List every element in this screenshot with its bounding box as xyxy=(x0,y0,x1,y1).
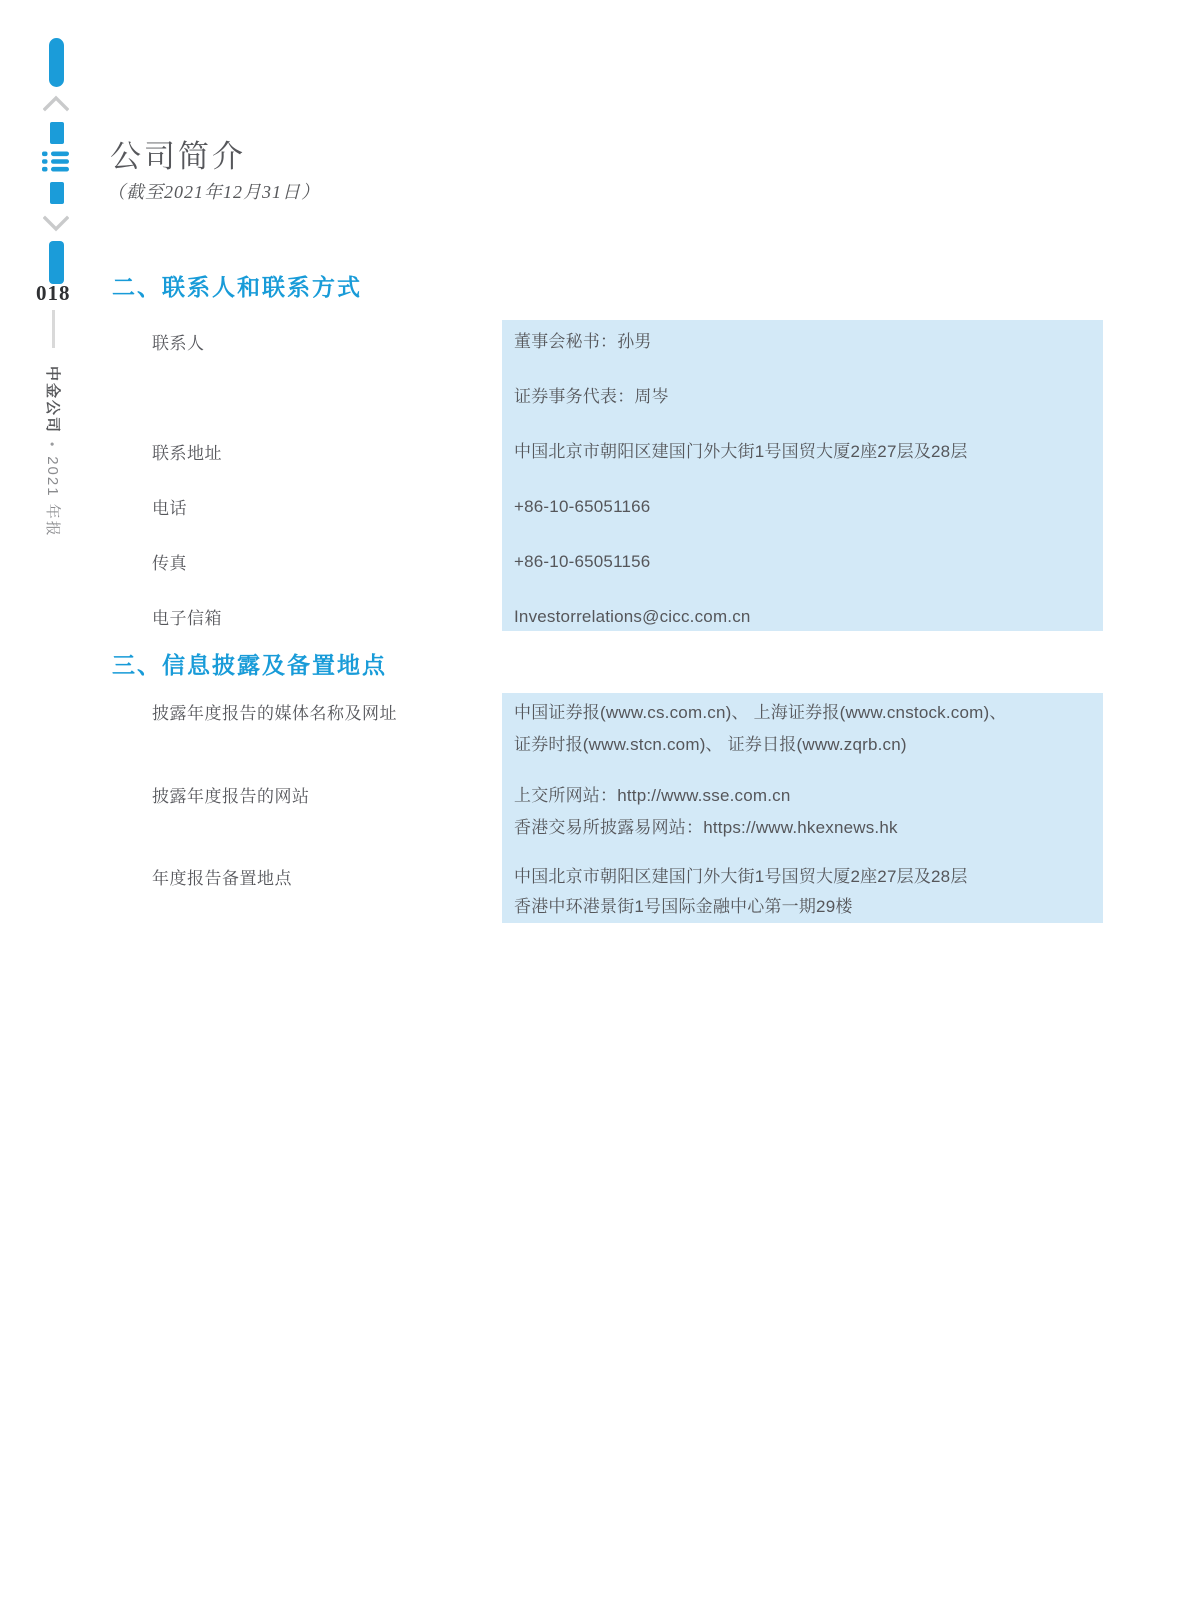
value-contact-address: 中国北京市朝阳区建国门外大街1号国贸大厦2座27层及28层 xyxy=(514,441,968,463)
value-securities-representative: 证券事务代表：周岑 xyxy=(514,386,669,408)
page-number: 018 xyxy=(36,281,71,306)
rail-top-bar xyxy=(49,38,64,87)
label-report-location: 年度报告备置地点 xyxy=(152,868,292,890)
value-fax: +86-10-65051156 xyxy=(514,551,650,573)
rail-bottom-bar xyxy=(49,241,64,284)
value-email: Investorrelations@cicc.com.cn xyxy=(514,606,751,628)
value-location-line-2: 香港中环港景街1号国际金融中心第一期29楼 xyxy=(514,896,853,918)
value-sse-website: 上交所网站：http://www.sse.com.cn xyxy=(514,785,791,807)
list-icon xyxy=(42,148,69,175)
section-heading-contacts: 二、联系人和联系方式 xyxy=(112,275,362,300)
label-contact-person: 联系人 xyxy=(152,333,205,355)
label-fax: 传真 xyxy=(152,553,187,575)
value-hkex-website: 香港交易所披露易网站：https://www.hkexnews.hk xyxy=(514,817,898,839)
label-email: 电子信箱 xyxy=(152,608,222,630)
value-media-line-1: 中国证券报(www.cs.com.cn)、 上海证券报(www.cnstock.… xyxy=(514,702,1007,724)
page-subtitle: （截至2021年12月31日） xyxy=(107,181,320,204)
label-disclosure-website: 披露年度报告的网站 xyxy=(152,786,310,808)
sidebar-vertical-text: 中金公司•2021 年报 xyxy=(43,366,64,538)
value-media-line-2: 证券时报(www.stcn.com)、 证券日报(www.zqrb.cn) xyxy=(514,734,907,756)
contacts-panel: 董事会秘书：孙男 证券事务代表：周岑 中国北京市朝阳区建国门外大街1号国贸大厦2… xyxy=(502,320,1103,631)
value-telephone: +86-10-65051166 xyxy=(514,496,650,518)
section-heading-disclosure: 三、信息披露及备置地点 xyxy=(112,653,387,678)
chevron-up-icon xyxy=(43,95,69,112)
rail-divider xyxy=(52,310,55,348)
report-page: 018 中金公司•2021 年报 公司简介 （截至2021年12月31日） 二、… xyxy=(0,0,1190,1615)
rail-block-upper xyxy=(50,122,64,144)
value-board-secretary: 董事会秘书：孙男 xyxy=(514,331,652,353)
disclosure-panel: 中国证券报(www.cs.com.cn)、 上海证券报(www.cnstock.… xyxy=(502,693,1103,923)
rail-block-lower xyxy=(50,182,64,204)
label-contact-address: 联系地址 xyxy=(152,443,222,465)
label-media-names: 披露年度报告的媒体名称及网址 xyxy=(152,703,397,725)
edition-label: 2021 年报 xyxy=(44,456,61,538)
value-location-line-1: 中国北京市朝阳区建国门外大街1号国贸大厦2座27层及28层 xyxy=(514,866,968,888)
chevron-down-icon xyxy=(43,215,69,232)
page-title: 公司简介 xyxy=(110,138,246,175)
label-telephone: 电话 xyxy=(152,498,187,520)
separator-dot: • xyxy=(45,434,59,456)
brand-name: 中金公司 xyxy=(44,366,61,434)
